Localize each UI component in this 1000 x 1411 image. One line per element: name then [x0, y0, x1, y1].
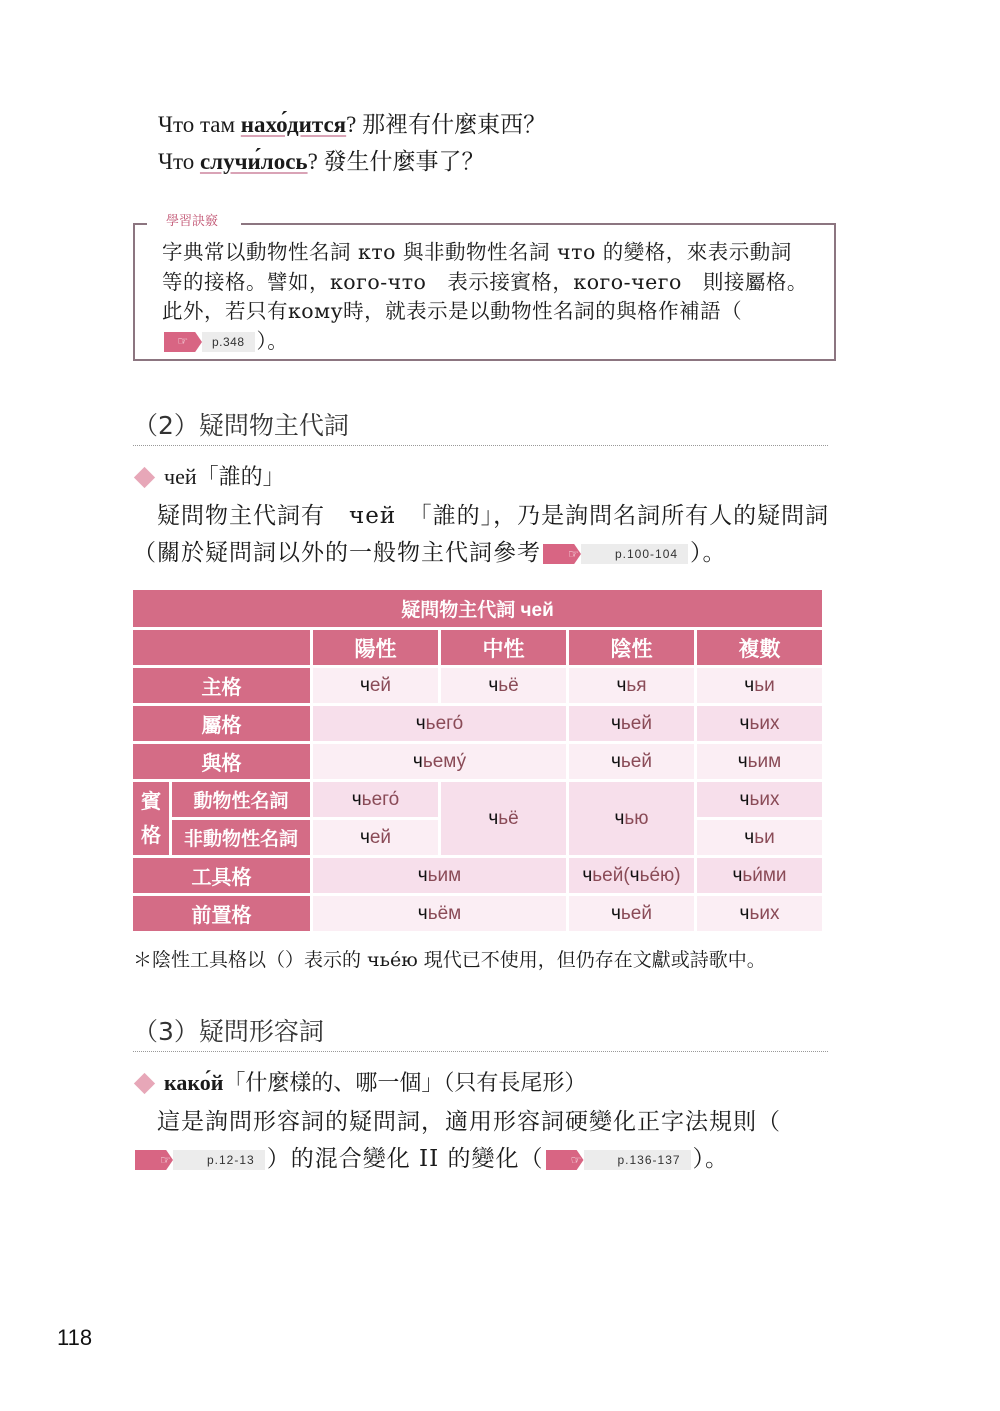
- bullet-meaning: 「什麼樣的、哪一個」（只有長尾形）: [223, 1071, 586, 1096]
- pointing-hand-icon: ☞: [135, 1150, 173, 1170]
- section3-paragraph: 這是詢問形容詞的疑問詞，適用形容詞硬變化正字法規則（☞p.12-13）的混合變化…: [133, 1104, 833, 1178]
- page-reference[interactable]: ☞p.100-104: [543, 544, 688, 564]
- table-row-genitive: 屬格 чьего́ чьей чьих: [133, 706, 822, 741]
- paragraph-text-end: ）。: [693, 1146, 730, 1172]
- row-subheader-animate: 動物性名詞: [172, 782, 310, 817]
- example-translation: ? 那裡有什麼東西？: [346, 112, 546, 137]
- row-header: 前置格: [133, 896, 310, 931]
- table-cell: чьи: [697, 820, 822, 855]
- table-cell: чьих: [697, 782, 822, 817]
- table-cell: чьей: [569, 744, 694, 779]
- paragraph-text-end: ）。: [690, 540, 727, 566]
- row-header: 屬格: [133, 706, 310, 741]
- bullet-chei: чей「誰的」: [133, 462, 285, 493]
- table-row-dative: 與格 чьему́ чьей чьим: [133, 744, 822, 779]
- table-title: 疑問物主代詞 чей: [133, 590, 822, 627]
- page-reference[interactable]: ☞p.136-137: [546, 1150, 691, 1170]
- col-header-neuter: 中性: [441, 630, 566, 665]
- row-header-accusative: 賓格: [133, 782, 169, 855]
- example-keyword: нахо́дится: [241, 112, 346, 137]
- row-header: 工具格: [133, 858, 310, 893]
- ref-page-label: p.100-104: [581, 544, 688, 564]
- table-cell: чьего́: [313, 782, 438, 817]
- declension-table: 疑問物主代詞 чей 陽性 中性 陰性 複數 主格 чей чьё чья чь…: [130, 587, 825, 934]
- paragraph-text-mid: ）的混合變化 II 的變化（: [267, 1146, 544, 1172]
- page-reference[interactable]: ☞p.348: [164, 332, 255, 352]
- tip-box-label: 學習訣竅: [162, 210, 222, 229]
- table-cell: чей: [313, 820, 438, 855]
- table-cell: чьему́: [313, 744, 566, 779]
- example-sentence-1: Что там нахо́дится? 那裡有什麼東西？: [158, 110, 546, 140]
- table-cell: чьём: [313, 896, 566, 931]
- table-row-accusative-animate: 賓格 動物性名詞 чьего́ чьё чью чьих: [133, 782, 822, 817]
- table-cell: чьих: [697, 706, 822, 741]
- page-reference[interactable]: ☞p.12-13: [135, 1150, 265, 1170]
- example-ru-text: Что: [158, 149, 200, 174]
- row-header: 主格: [133, 668, 310, 703]
- table-cell: чьей(чье́ю): [569, 858, 694, 893]
- table-cell: чьё: [441, 668, 566, 703]
- example-keyword: случи́лось: [200, 149, 308, 174]
- bullet-word: како́й: [164, 1070, 223, 1095]
- row-subheader-inanimate: 非動物性名詞: [172, 820, 310, 855]
- diamond-bullet-icon: [134, 1072, 155, 1093]
- example-translation: ? 發生什麼事了？: [308, 149, 485, 174]
- table-cell: чья: [569, 668, 694, 703]
- pointing-hand-icon: ☞: [164, 332, 202, 352]
- example-ru-text: Что там: [158, 112, 241, 137]
- table-cell: чей: [313, 668, 438, 703]
- ref-page-label: p.136-137: [584, 1150, 691, 1170]
- diamond-bullet-icon: [134, 466, 155, 487]
- table-cell: чьё: [441, 782, 566, 855]
- table-cell: чьи: [697, 668, 822, 703]
- table-cell: чьей: [569, 706, 694, 741]
- section-heading-2: （2）疑問物主代詞: [133, 410, 828, 446]
- table-cell: чьего́: [313, 706, 566, 741]
- ref-page-label: p.348: [202, 332, 255, 352]
- bullet-kakoi: како́й「什麼樣的、哪一個」（只有長尾形）: [133, 1068, 586, 1099]
- pointing-hand-icon: ☞: [543, 544, 581, 564]
- page-number: 118: [57, 1325, 92, 1351]
- col-header-feminine: 陰性: [569, 630, 694, 665]
- table-cell: чьи́ми: [697, 858, 822, 893]
- col-header-plural: 複數: [697, 630, 822, 665]
- table-footnote: ＊陰性工具格以（）表示的 чье́ю 現代已不使用，但仍存在文獻或詩歌中。: [133, 947, 766, 973]
- table-row-nominative: 主格 чей чьё чья чьи: [133, 668, 822, 703]
- tip-text-end: ）。: [257, 329, 289, 353]
- pointing-hand-icon: ☞: [546, 1150, 584, 1170]
- table-cell: чьим: [697, 744, 822, 779]
- col-header-masculine: 陽性: [313, 630, 438, 665]
- table-cell: чьих: [697, 896, 822, 931]
- table-cell: чьим: [313, 858, 566, 893]
- table-cell: чью: [569, 782, 694, 855]
- section2-paragraph: 疑問物主代詞有 чей 「誰的」，乃是詢問名詞所有人的疑問詞（關於疑問詞以外的一…: [133, 498, 833, 572]
- table-row-prepositional: 前置格 чьём чьей чьих: [133, 896, 822, 931]
- section-heading-3: （3）疑問形容詞: [133, 1016, 828, 1052]
- tip-text-body: 字典常以動物性名詞 кто 與非動物性名詞 что 的變格，來表示動詞等的接格。…: [162, 240, 808, 323]
- example-sentence-2: Что случи́лось? 發生什麼事了？: [158, 147, 485, 177]
- row-header: 與格: [133, 744, 310, 779]
- bullet-word: чей: [164, 464, 197, 489]
- table-corner-cell: [133, 630, 310, 665]
- table-row-instrumental: 工具格 чьим чьей(чье́ю) чьи́ми: [133, 858, 822, 893]
- table-cell: чьей: [569, 896, 694, 931]
- bullet-meaning: 「誰的」: [197, 465, 285, 490]
- ref-page-label: p.12-13: [173, 1150, 265, 1170]
- paragraph-text: 這是詢問形容詞的疑問詞，適用形容詞硬變化正字法規則（: [157, 1109, 781, 1135]
- accusative-label: 賓格: [141, 785, 161, 853]
- tip-box-text: 字典常以動物性名詞 кто 與非動物性名詞 что 的變格，來表示動詞等的接格。…: [162, 238, 812, 356]
